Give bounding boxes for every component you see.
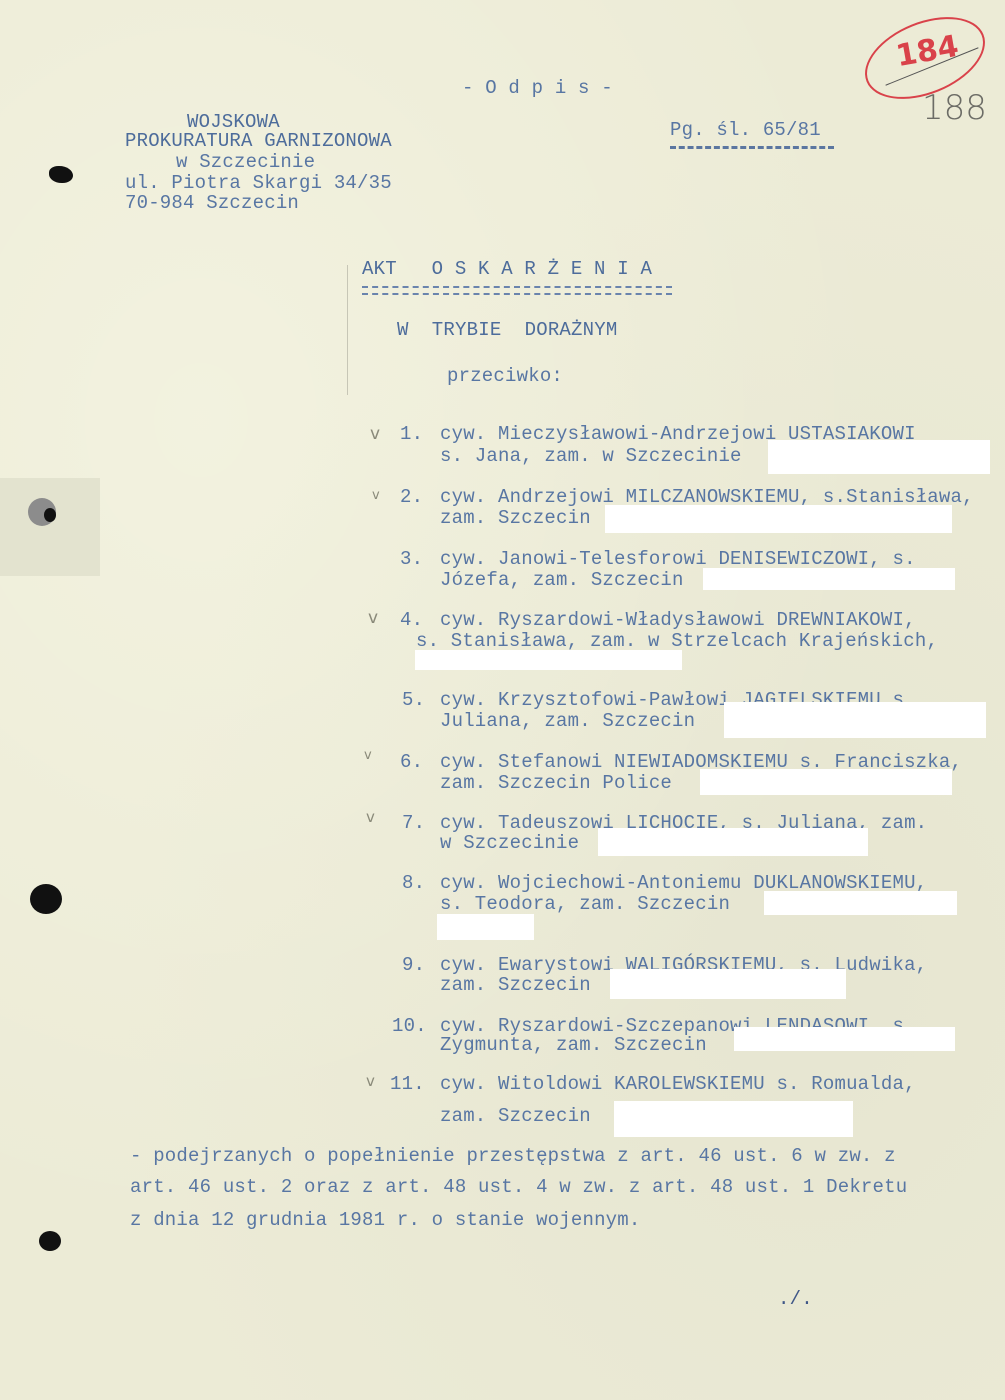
redaction-box [605, 505, 952, 533]
reference-number: Pg. śl. 65/81 [670, 120, 821, 140]
redaction-box [437, 914, 534, 940]
defendant-line-1: cyw. Ryszardowi-Władysławowi DREWNIAKOWI… [440, 610, 916, 630]
defendant-line-1: cyw. Witoldowi KAROLEWSKIEMU s. Romualda… [440, 1074, 916, 1094]
punch-hole-lower [30, 884, 62, 914]
punch-hole-top [49, 166, 73, 183]
defendant-line-2: zam. Szczecin [440, 1106, 591, 1126]
check-mark-icon: v [370, 424, 380, 444]
title-double-underline [362, 286, 672, 295]
redaction-box [415, 650, 682, 670]
issuer-line-5: 70-984 Szczecin [125, 193, 299, 213]
defendant-line-2: Juliana, zam. Szczecin [440, 711, 695, 731]
defendant-line-2: s. Teodora, zam. Szczecin [440, 894, 730, 914]
defendant-line-2: w Szczecinie [440, 833, 579, 853]
charge-line-2: art. 46 ust. 2 oraz z art. 48 ust. 4 w z… [130, 1177, 907, 1197]
redaction-box [768, 440, 990, 474]
handwritten-page-number: 188 [922, 88, 987, 128]
issuer-line-2: PROKURATURA GARNIZONOWA [125, 131, 392, 151]
defendant-line-2: s. Stanisława, zam. w Strzelcach Krajeńs… [416, 631, 938, 651]
issuer-line-1: WOJSKOWA [187, 112, 280, 132]
charge-line-3: z dnia 12 grudnia 1981 r. o stanie wojen… [130, 1210, 640, 1230]
copy-label: - O d p i s - [462, 78, 613, 98]
defendant-number: 3. [400, 549, 423, 569]
defendant-line-2: s. Jana, zam. w Szczecinie [440, 446, 742, 466]
defendant-number: 5. [402, 690, 425, 710]
defendant-line-1: cyw. Andrzejowi MILCZANOWSKIEMU, s.Stani… [440, 487, 974, 507]
punch-hole-middle-dark [44, 508, 56, 522]
redaction-box [734, 1027, 955, 1051]
defendant-number: 2. [400, 487, 423, 507]
defendant-number: 7. [402, 813, 425, 833]
fold-line [347, 265, 348, 395]
defendant-number: 6. [400, 752, 423, 772]
defendant-number: 8. [402, 873, 425, 893]
defendant-number: 10. [392, 1016, 427, 1036]
defendant-number: 11. [390, 1074, 425, 1094]
check-mark-icon: v [372, 488, 380, 503]
issuer-line-4: ul. Piotra Skargi 34/35 [125, 173, 392, 193]
redaction-box [764, 891, 957, 915]
redaction-box [700, 769, 952, 795]
document-subtitle: W TRYBIE DORAŻNYM [397, 320, 617, 340]
punch-hole-bottom [39, 1231, 61, 1251]
redaction-box [598, 828, 868, 856]
check-mark-icon: v [368, 608, 378, 628]
defendant-number: 1. [400, 424, 423, 444]
defendant-line-2: zam. Szczecin [440, 508, 591, 528]
tape-patch [0, 478, 100, 576]
defendant-number: 9. [402, 955, 425, 975]
defendant-line-2: zam. Szczecin [440, 975, 591, 995]
issuer-line-3: w Szczecinie [176, 152, 315, 172]
check-mark-icon: v [366, 808, 375, 826]
defendant-line-1: cyw. Wojciechowi-Antoniemu DUKLANOWSKIEM… [440, 873, 927, 893]
redaction-box [724, 702, 986, 738]
continuation-mark: ./. [778, 1289, 813, 1309]
against-label: przeciwko: [447, 366, 563, 386]
reference-underline [670, 146, 834, 149]
check-mark-icon: v [364, 748, 372, 763]
defendant-line-2: Zygmunta, zam. Szczecin [440, 1035, 707, 1055]
redaction-box [614, 1101, 853, 1137]
defendant-line-2: zam. Szczecin Police [440, 773, 672, 793]
document-title: AKT O S K A R Ż E N I A [362, 259, 652, 279]
check-mark-icon: v [366, 1072, 375, 1090]
defendant-number: 4. [400, 610, 423, 630]
redaction-box [610, 969, 846, 999]
redaction-box [703, 568, 955, 590]
defendant-line-1: cyw. Janowi-Telesforowi DENISEWICZOWI, s… [440, 549, 916, 569]
defendant-line-2: Józefa, zam. Szczecin [440, 570, 684, 590]
charge-line-1: - podejrzanych o popełnienie przestępstw… [130, 1146, 896, 1166]
